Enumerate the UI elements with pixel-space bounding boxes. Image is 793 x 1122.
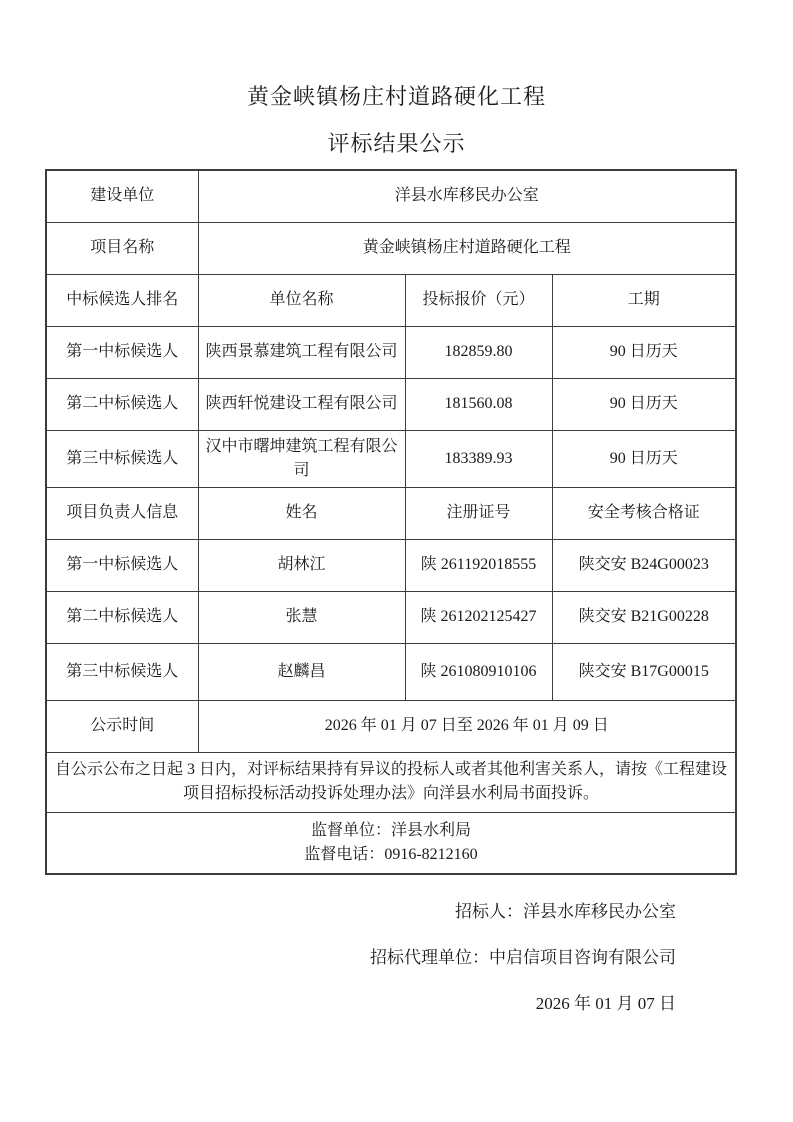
construction-unit-label: 建设单位 [46,170,198,222]
doc-subtitle: 评标结果公示 [0,131,793,157]
bid-rank: 第一中标候选人 [46,326,198,378]
manager-row-3: 第三中标候选人 赵麟昌 陕 261080910106 陕交安 B17G00015 [46,643,736,700]
manager-rank: 第三中标候选人 [46,643,198,700]
bid-header-price: 投标报价（元） [405,274,552,326]
publicity-period-row: 公示时间 2026 年 01 月 07 日至 2026 年 01 月 09 日 [46,700,736,752]
doc-title: 黄金峡镇杨庄村道路硬化工程 [0,84,793,110]
manager-safety-cert: 陕交安 B24G00023 [552,539,736,591]
manager-row-2: 第二中标候选人 张慧 陕 261202125427 陕交安 B21G00228 [46,591,736,643]
signature-block: 招标人：洋县水库移民办公室 招标代理单位：中启信项目咨询有限公司 2026 年 … [0,901,793,1015]
bid-header-rank: 中标候选人排名 [46,274,198,326]
bid-results-table: 建设单位 洋县水库移民办公室 项目名称 黄金峡镇杨庄村道路硬化工程 中标候选人排… [45,169,737,875]
bid-header-unit-name: 单位名称 [198,274,405,326]
manager-name: 胡林江 [198,539,405,591]
manager-safety-cert: 陕交安 B21G00228 [552,591,736,643]
bid-row-2: 第二中标候选人 陕西轩悦建设工程有限公司 181560.08 90 日历天 [46,378,736,430]
manager-rank: 第一中标候选人 [46,539,198,591]
date-line: 2026 年 01 月 07 日 [0,993,676,1015]
manager-cert-no: 陕 261202125427 [405,591,552,643]
bid-rank: 第三中标候选人 [46,430,198,487]
manager-cert-no: 陕 261080910106 [405,643,552,700]
project-name-row: 项目名称 黄金峡镇杨庄村道路硬化工程 [46,222,736,274]
bid-unit: 陕西景慕建筑工程有限公司 [198,326,405,378]
bid-price: 183389.93 [405,430,552,487]
project-name-value: 黄金峡镇杨庄村道路硬化工程 [198,222,736,274]
bid-row-3: 第三中标候选人 汉中市曙坤建筑工程有限公司 183389.93 90 日历天 [46,430,736,487]
supervision-phone: 监督电话：0916-8212160 [51,843,731,867]
manager-row-1: 第一中标候选人 胡林江 陕 261192018555 陕交安 B24G00023 [46,539,736,591]
bid-unit: 汉中市曙坤建筑工程有限公司 [198,430,405,487]
manager-name: 张慧 [198,591,405,643]
project-name-label: 项目名称 [46,222,198,274]
manager-rank: 第二中标候选人 [46,591,198,643]
bid-header-duration: 工期 [552,274,736,326]
publicity-period-label: 公示时间 [46,700,198,752]
bid-price: 182859.80 [405,326,552,378]
tenderer-line: 招标人：洋县水库移民办公室 [0,901,676,923]
manager-header-cert-no: 注册证号 [405,487,552,539]
manager-header-safety-cert: 安全考核合格证 [552,487,736,539]
manager-name: 赵麟昌 [198,643,405,700]
bid-unit: 陕西轩悦建设工程有限公司 [198,378,405,430]
supervision-row: 监督单位：洋县水利局 监督电话：0916-8212160 [46,812,736,874]
objection-notice-row: 自公示公布之日起 3 日内，对评标结果持有异议的投标人或者其他利害关系人，请按《… [46,752,736,812]
document-page: 黄金峡镇杨庄村道路硬化工程 评标结果公示 建设单位 洋县水库移民办公室 项目名称… [0,0,793,1122]
construction-unit-row: 建设单位 洋县水库移民办公室 [46,170,736,222]
bid-duration: 90 日历天 [552,430,736,487]
agency-line: 招标代理单位：中启信项目咨询有限公司 [0,947,676,969]
bid-price: 181560.08 [405,378,552,430]
objection-notice-text: 自公示公布之日起 3 日内，对评标结果持有异议的投标人或者其他利害关系人，请按《… [46,752,736,812]
bid-row-1: 第一中标候选人 陕西景慕建筑工程有限公司 182859.80 90 日历天 [46,326,736,378]
title-block: 黄金峡镇杨庄村道路硬化工程 评标结果公示 [0,0,793,157]
manager-cert-no: 陕 261192018555 [405,539,552,591]
manager-header-row: 项目负责人信息 姓名 注册证号 安全考核合格证 [46,487,736,539]
construction-unit-value: 洋县水库移民办公室 [198,170,736,222]
supervision-info: 监督单位：洋县水利局 监督电话：0916-8212160 [46,812,736,874]
bid-rank: 第二中标候选人 [46,378,198,430]
bid-header-row: 中标候选人排名 单位名称 投标报价（元） 工期 [46,274,736,326]
manager-safety-cert: 陕交安 B17G00015 [552,643,736,700]
bid-duration: 90 日历天 [552,326,736,378]
manager-header-name: 姓名 [198,487,405,539]
manager-header-label: 项目负责人信息 [46,487,198,539]
bid-duration: 90 日历天 [552,378,736,430]
publicity-period-value: 2026 年 01 月 07 日至 2026 年 01 月 09 日 [198,700,736,752]
supervision-unit: 监督单位：洋县水利局 [51,819,731,843]
